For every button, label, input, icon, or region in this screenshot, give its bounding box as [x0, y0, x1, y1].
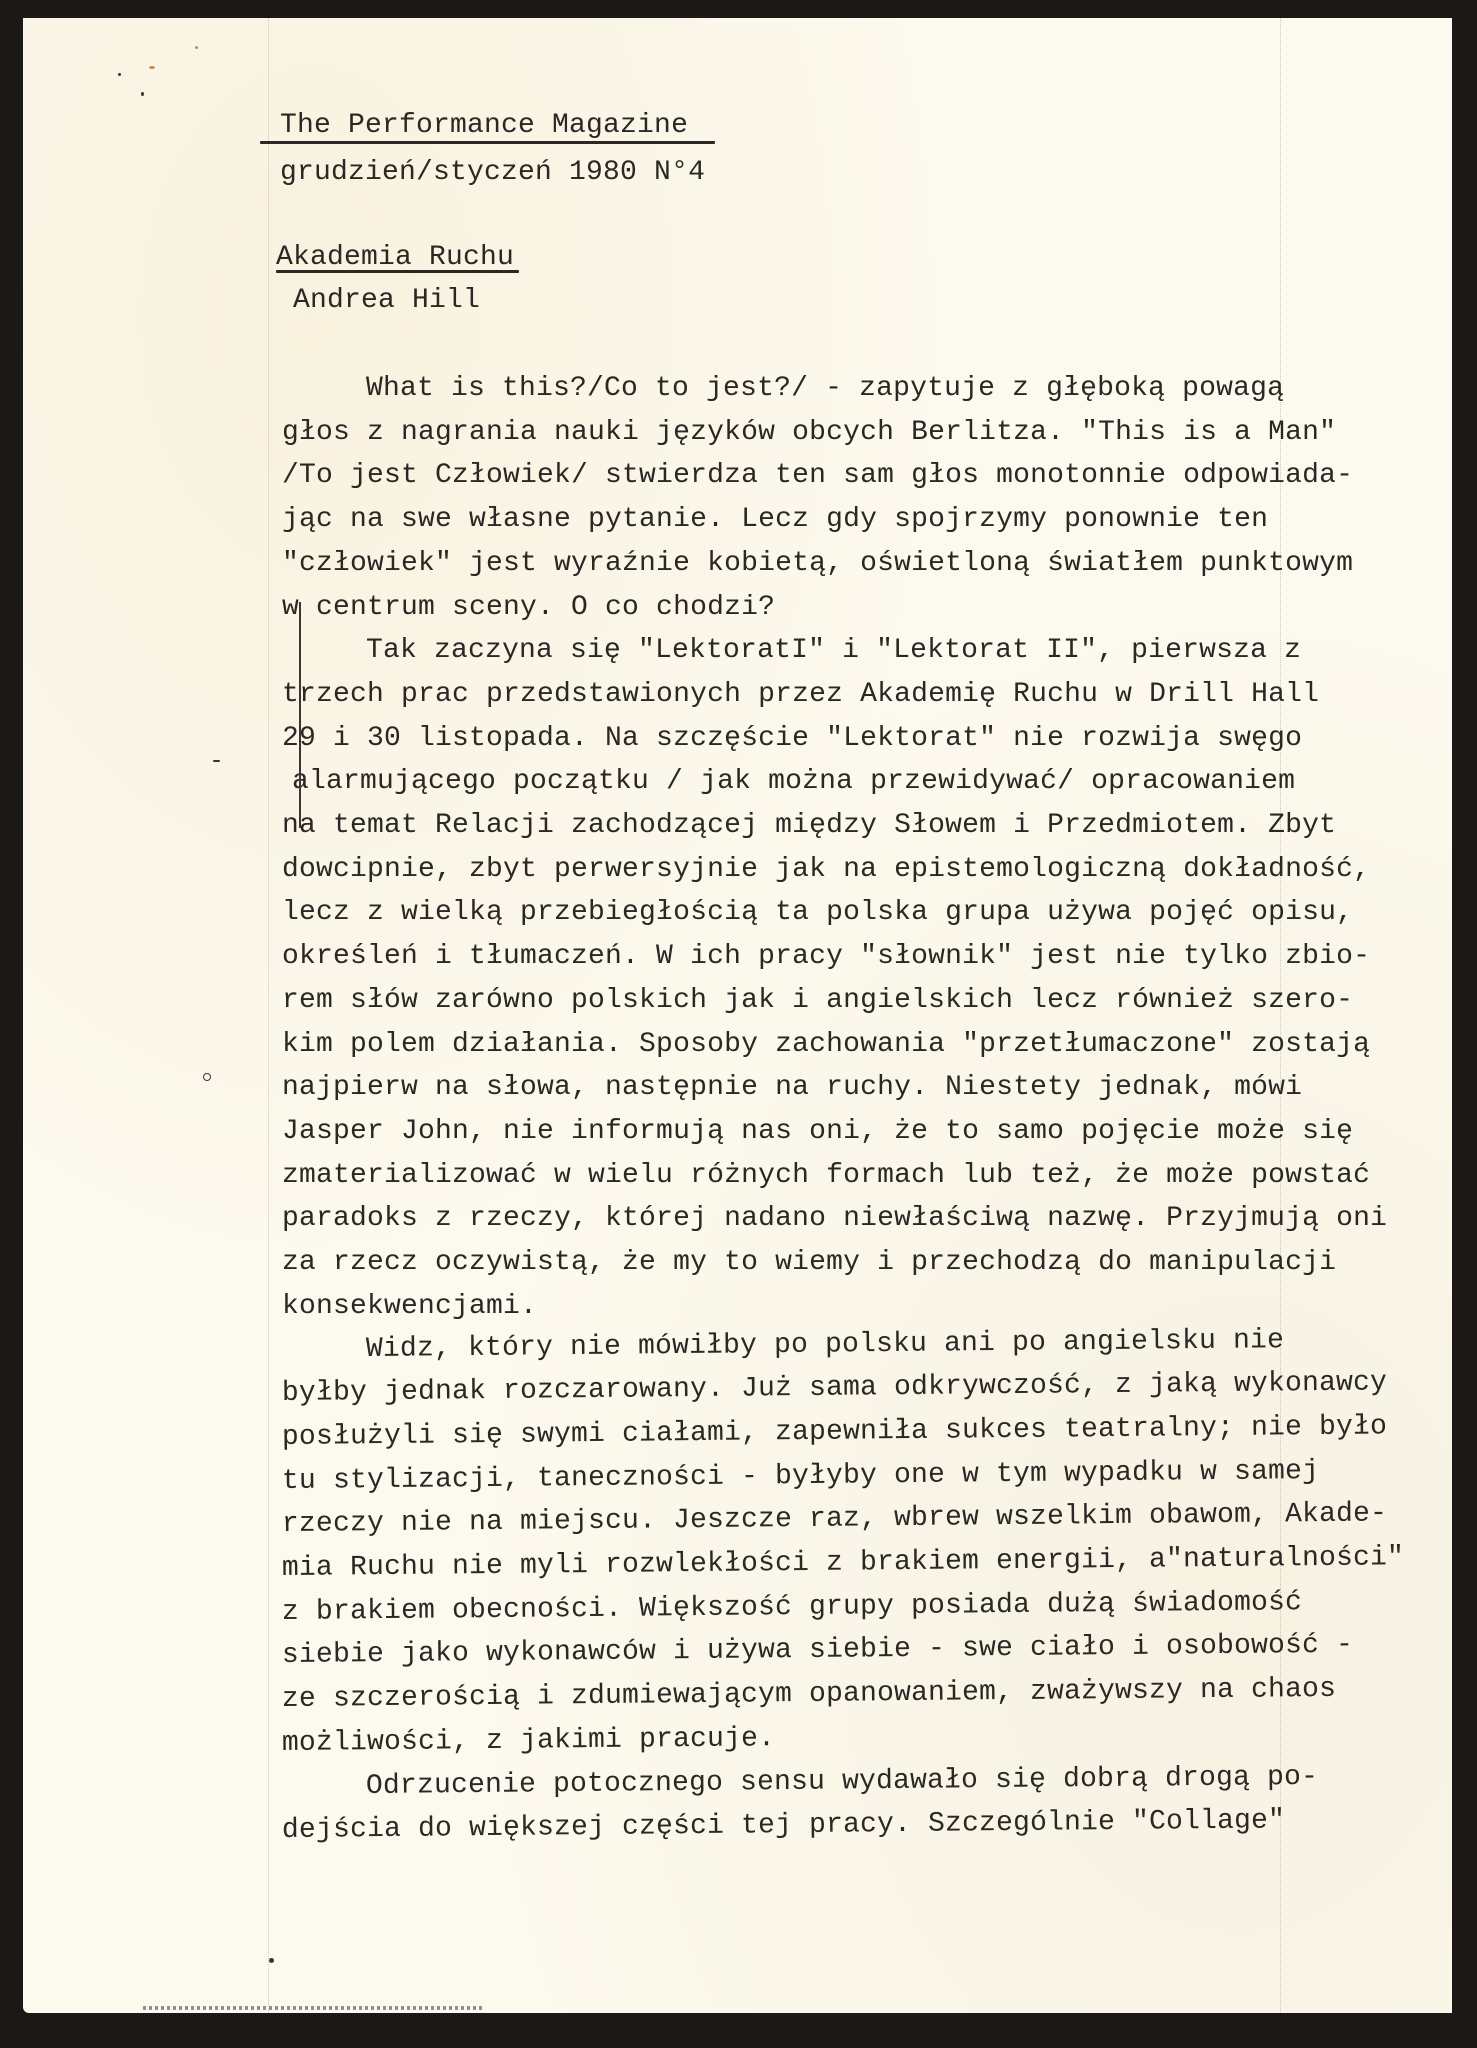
fold-line [268, 18, 269, 2013]
paragraph-first-line: Widz, który nie mówiłby po polsku ani po… [366, 1326, 1284, 1367]
body-line: byłby jednak rozczarowany. Już sama odkr… [282, 1367, 1387, 1410]
body-line: /To jest Człowiek/ stwierdza ten sam gło… [282, 460, 1353, 492]
body-line: ze szczerością i zdumiewającym opanowani… [282, 1674, 1336, 1716]
body-line: jąc na swe własne pytanie. Lecz gdy spoj… [282, 504, 1268, 536]
body-line: lecz z wielką przebiegłością ta polska g… [282, 897, 1353, 929]
body-line: dowcipnie, zbyt perwersyjnie jak na epis… [282, 854, 1370, 886]
body-line: tu stylizacji, taneczności - byłyby one … [282, 1456, 1319, 1498]
paragraph-first-line: Tak zaczyna się "LektoratI" i "Lektorat … [366, 635, 1301, 667]
speck [269, 1958, 274, 1963]
body-line: rem słów zarówno polskich jak i angielsk… [282, 985, 1353, 1017]
stain [195, 46, 198, 49]
magazine-title-underline [260, 141, 715, 144]
margin-mark-bar [299, 602, 301, 828]
body-line: trzech prac przedstawionych przez Akadem… [282, 679, 1319, 711]
body-line: zmaterializować w wielu różnych formach … [282, 1160, 1370, 1192]
body-line: możliwości, z jakimi pracuje. [282, 1723, 775, 1760]
body-line: najpierw na słowa, następnie na ruchy. N… [282, 1072, 1302, 1104]
body-line: siebie jako wykonawców i używa siebie - … [282, 1630, 1353, 1672]
body-line: Jasper John, nie informują nas oni, że t… [282, 1116, 1353, 1148]
body-line: paradoks z rzeczy, której nadano niewłaś… [282, 1203, 1387, 1235]
document-page: The Performance Magazine grudzień/stycze… [23, 18, 1452, 2013]
body-line: w centrum sceny. O co chodzi? [282, 592, 775, 624]
body-line: mia Ruchu nie myli rozwlekłości z brakie… [282, 1542, 1404, 1585]
article-author: Andrea Hill [293, 285, 480, 317]
body-line: konsekwencjami. [282, 1291, 537, 1323]
paragraph-first-line: Odrzucenie potocznego sensu wydawało się… [366, 1762, 1318, 1803]
article-title-underline [276, 270, 519, 273]
body-line: "człowiek" jest wyraźnie kobietą, oświet… [282, 548, 1353, 580]
issue-line: grudzień/styczeń 1980 N°4 [280, 157, 705, 189]
body-line: określeń i tłumaczeń. W ich pracy "słown… [282, 941, 1370, 973]
scan-smudge [143, 2006, 483, 2010]
stain [149, 66, 155, 69]
speck [118, 73, 121, 76]
body-line: posłużyli się swymi ciałami, zapewniła s… [282, 1411, 1387, 1454]
body-line: 29 i 30 listopada. Na szczęście "Lektora… [282, 723, 1302, 755]
margin-mark [203, 1073, 211, 1081]
body-line: na temat Relacji zachodzącej między Słow… [282, 810, 1336, 842]
margin-dash [213, 760, 220, 762]
paragraph-first-line: What is this?/Co to jest?/ - zapytuje z … [366, 373, 1284, 405]
body-line: głos z nagrania nauki języków obcych Ber… [282, 417, 1336, 449]
speck [141, 92, 144, 96]
magazine-title: The Performance Magazine [280, 110, 688, 142]
body-line: za rzecz oczywistą, że my to wiemy i prz… [282, 1247, 1336, 1279]
body-line: z brakiem obecności. Większość grupy pos… [282, 1587, 1302, 1629]
body-line: alarmującego początku / jak można przewi… [292, 766, 1295, 798]
body-line: dejścia do większej części tej pracy. Sz… [282, 1805, 1285, 1847]
body-line: kim polem działania. Sposoby zachowania … [282, 1029, 1370, 1061]
body-line: rzeczy nie na miejscu. Jeszcze raz, wbre… [282, 1499, 1387, 1542]
